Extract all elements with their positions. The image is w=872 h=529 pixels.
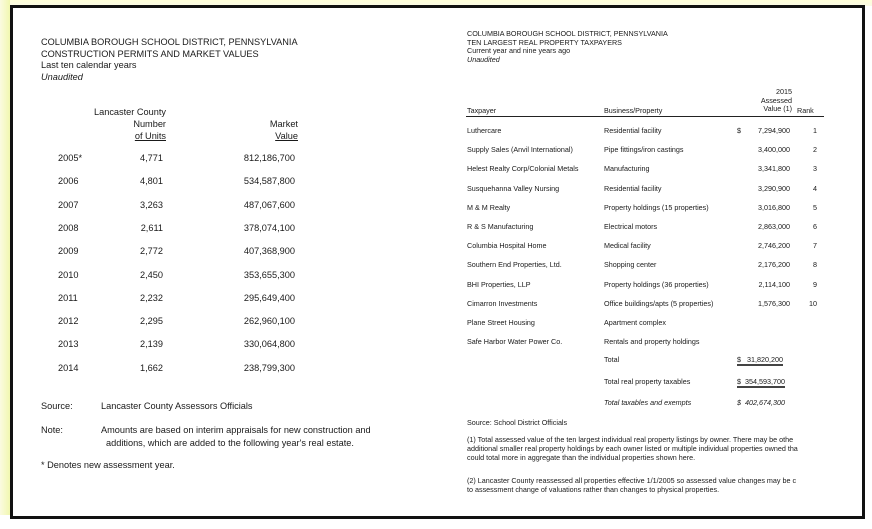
business-cell: Property holdings (15 properties) (604, 203, 709, 212)
rank-cell: 7 (800, 241, 817, 250)
left-title-line: COLUMBIA BOROUGH SCHOOL DISTRICT, PENNSY… (41, 37, 298, 49)
total-label: Total real property taxables (604, 377, 690, 386)
total-label: Total taxables and exempts (604, 398, 691, 407)
footnote-1: (1) Total assessed value of the ten larg… (467, 435, 798, 462)
source-label: Source: (41, 400, 73, 413)
footnote-line: could total more in aggregate than the i… (467, 453, 798, 462)
note-label: Note: (41, 424, 63, 437)
table-row: M & M RealtyProperty holdings (15 proper… (0, 203, 872, 213)
table-row: Southern End Properties, Ltd.Shopping ce… (0, 260, 872, 270)
taxpayer-cell: M & M Realty (467, 203, 510, 212)
footnote-line: (2) Lancaster County reassessed all prop… (467, 476, 796, 485)
taxpayer-cell: Southern End Properties, Ltd. (467, 260, 562, 269)
rank-cell: 3 (800, 164, 817, 173)
rank-cell: 2 (800, 145, 817, 154)
rank-cell: 4 (800, 184, 817, 193)
taxpayer-cell: Safe Harbor Water Power Co. (467, 337, 562, 346)
business-cell: Residential facility (604, 184, 662, 193)
table-row: LuthercareResidential facility$7,294,900… (0, 126, 872, 136)
market-value-cell: 238,799,300 (240, 363, 295, 373)
assessed-value-cell: 3,341,800 (756, 164, 790, 173)
total-label: Total (604, 355, 619, 364)
table-row: Plane Street HousingApartment complex (0, 318, 872, 328)
value-header-line: Value (1) (744, 105, 792, 114)
units-cell: 1,662 (130, 363, 163, 373)
units-header-line: Lancaster County (60, 106, 166, 118)
business-column-header: Business/Property (604, 107, 662, 116)
note-text: Amounts are based on interim appraisals … (101, 424, 371, 450)
footnote-line: to assessment change of valuations rathe… (467, 485, 796, 494)
assessed-value-cell: 3,016,800 (756, 203, 790, 212)
background-tint-left (0, 0, 10, 515)
source-text: Lancaster County Assessors Officials (101, 400, 253, 413)
footnote-line: additional smaller real property holding… (467, 444, 798, 453)
header-rule (466, 116, 824, 117)
taxpayer-cell: Supply Sales (Anvil International) (467, 145, 573, 154)
assessed-value-cell: 3,400,000 (756, 145, 790, 154)
note-line: additions, which are added to the follow… (101, 437, 371, 450)
rank-cell: 1 (800, 126, 817, 135)
total-value: $ 31,820,200 (737, 355, 783, 366)
units-cell: 2,450 (130, 270, 163, 280)
right-subtitle: Unaudited (467, 56, 668, 65)
taxpayer-cell: Helest Realty Corp/Colonial Metals (467, 164, 578, 173)
table-row: Susquehanna Valley NursingResidential fa… (0, 184, 872, 194)
left-title-line: CONSTRUCTION PERMITS AND MARKET VALUES (41, 49, 298, 61)
market-value-cell: 353,655,300 (240, 270, 295, 280)
table-row: R & S ManufacturingElectrical motors2,86… (0, 222, 872, 232)
business-cell: Electrical motors (604, 222, 657, 231)
units-column-header: Lancaster County Number of Units (60, 106, 166, 142)
table-row: Columbia Hospital HomeMedical facility2,… (0, 241, 872, 251)
total-value: $ 354,593,700 (737, 377, 785, 388)
assessed-value-cell: 3,290,900 (756, 184, 790, 193)
taxpayer-cell: Luthercare (467, 126, 501, 135)
rank-cell: 10 (800, 299, 817, 308)
rank-column-header: Rank (797, 107, 814, 116)
rank-cell: 8 (800, 260, 817, 269)
right-report-header: COLUMBIA BOROUGH SCHOOL DISTRICT, PENNSY… (467, 30, 668, 64)
table-row: Cimarron InvestmentsOffice buildings/apt… (0, 299, 872, 309)
business-cell: Medical facility (604, 241, 651, 250)
business-cell: Pipe fittings/iron castings (604, 145, 684, 154)
taxpayer-cell: Columbia Hospital Home (467, 241, 547, 250)
taxpayer-cell: Susquehanna Valley Nursing (467, 184, 559, 193)
assessed-value-cell: 2,863,000 (756, 222, 790, 231)
taxpayer-cell: R & S Manufacturing (467, 222, 533, 231)
footnote-2: (2) Lancaster County reassessed all prop… (467, 476, 796, 494)
footnote: * Denotes new assessment year. (41, 459, 175, 472)
business-cell: Apartment complex (604, 318, 666, 327)
table-row: Supply Sales (Anvil International)Pipe f… (0, 145, 872, 155)
assessed-value-cell: 2,746,200 (756, 241, 790, 250)
year-cell: 2014 (58, 363, 88, 373)
note-line: Amounts are based on interim appraisals … (101, 424, 371, 437)
left-subtitle: Unaudited (41, 72, 298, 84)
business-cell: Office buildings/apts (5 properties) (604, 299, 713, 308)
rank-cell: 5 (800, 203, 817, 212)
assessed-value-cell: 2,176,200 (756, 260, 790, 269)
business-cell: Shopping center (604, 260, 656, 269)
left-title-line: Last ten calendar years (41, 60, 298, 72)
assessed-value-column-header: 2015 Assessed Value (1) (744, 88, 792, 114)
rank-cell: 6 (800, 222, 817, 231)
business-cell: Manufacturing (604, 164, 650, 173)
left-report-header: COLUMBIA BOROUGH SCHOOL DISTRICT, PENNSY… (41, 37, 298, 83)
table-row: Helest Realty Corp/Colonial MetalsManufa… (0, 164, 872, 174)
business-cell: Residential facility (604, 126, 662, 135)
assessed-value-cell: 2,114,100 (756, 280, 790, 289)
taxpayer-cell: BHI Properties, LLP (467, 280, 531, 289)
taxpayer-cell: Plane Street Housing (467, 318, 535, 327)
rank-cell: 9 (800, 280, 817, 289)
year-cell: 2010 (58, 270, 88, 280)
footnote-line: (1) Total assessed value of the ten larg… (467, 435, 798, 444)
table-row: BHI Properties, LLPProperty holdings (36… (0, 280, 872, 290)
taxpayer-cell: Cimarron Investments (467, 299, 537, 308)
assessed-value-cell: 7,294,900 (756, 126, 790, 135)
right-source: Source: School District Officials (467, 418, 567, 427)
taxpayer-column-header: Taxpayer (467, 107, 496, 116)
business-cell: Property holdings (36 properties) (604, 280, 709, 289)
dollar-sign: $ (737, 126, 741, 135)
assessed-value-cell: 1,576,300 (756, 299, 790, 308)
total-value: $ 402,674,300 (737, 398, 785, 407)
business-cell: Rentals and property holdings (604, 337, 700, 346)
table-row: Safe Harbor Water Power Co.Rentals and p… (0, 337, 872, 347)
